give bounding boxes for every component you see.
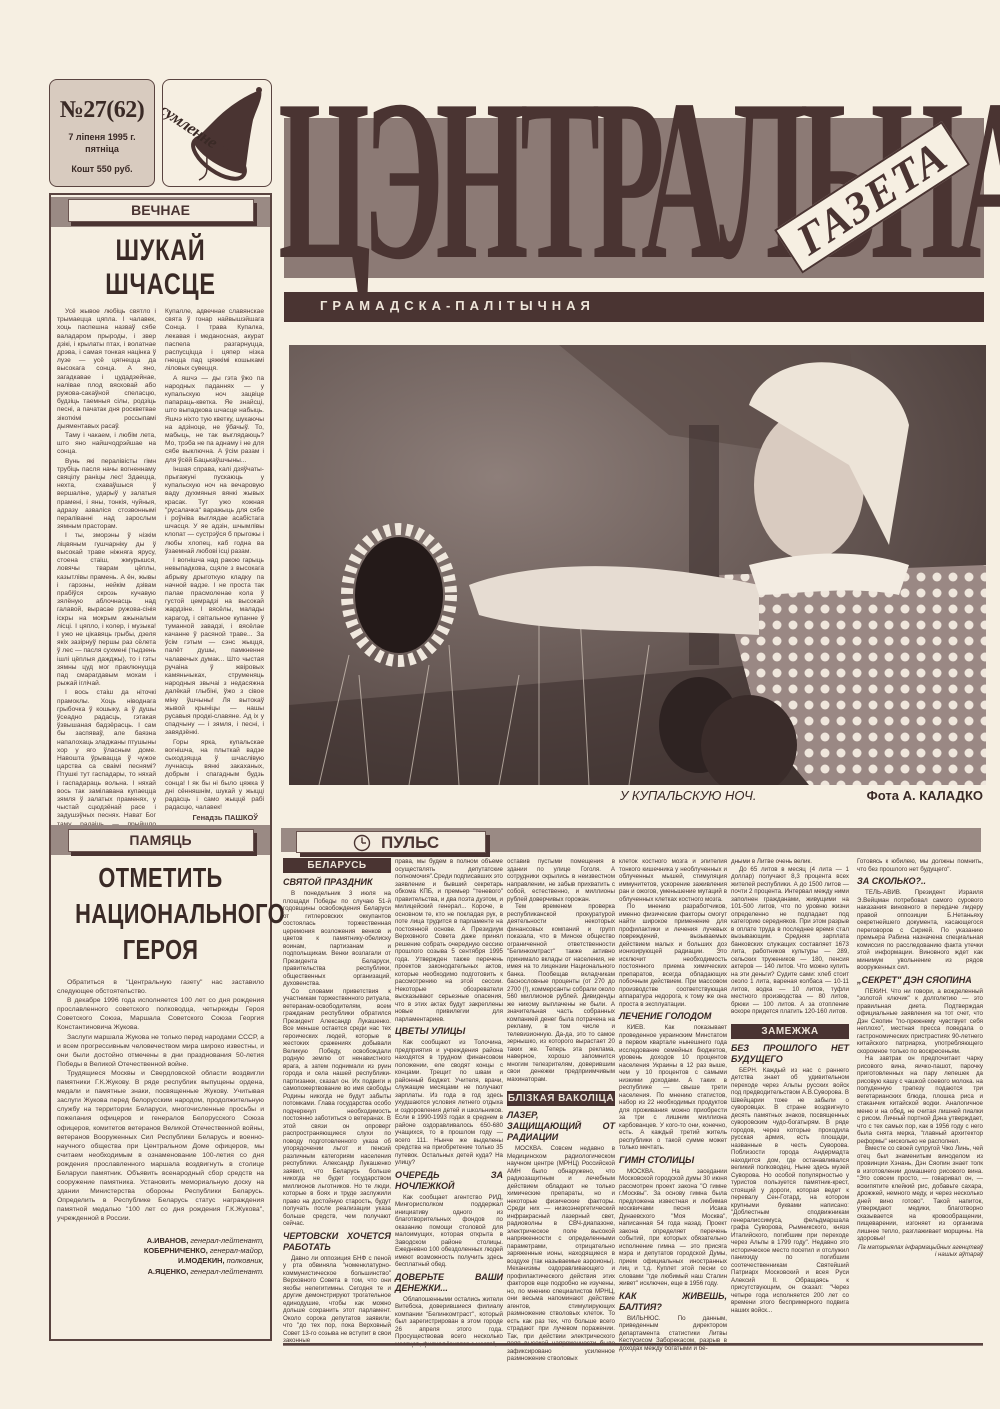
paragraph: Облапошенными остались жители Витебска, …: [395, 1296, 503, 1349]
headline-line: ГЕРОЯ: [75, 932, 246, 968]
main-photo: [289, 345, 986, 785]
paragraph: Как сообщают из Толочина, предприятия и …: [395, 1039, 503, 1167]
article-author: Генадзь ПАШКОЎ: [165, 814, 264, 822]
paragraph: По мнению разработчиков, именно физическ…: [619, 903, 727, 1008]
signers-list: А.ИВАНОВ, генерал-лейтенант, КОБЕРНИЧЕНК…: [51, 1224, 270, 1278]
news-column-3: оставив пустыми помещения в здании по ул…: [507, 858, 615, 1363]
sources-note: Па матэрыялах інфармацыйных агенцтваў і …: [857, 1245, 983, 1260]
paragraph: А яшчэ — ды гэта ўжо па народных падання…: [165, 375, 264, 465]
paragraph: Готовясь к юбилею, мы должны помнить, чт…: [857, 858, 983, 873]
bottom-rule: [283, 1343, 983, 1346]
news-headline: ЧЕРТОВСКИ ХОЧЕТСЯ РАБОТАТЬ: [283, 1231, 391, 1253]
paragraph: Обратиться в "Центральную газету" нас за…: [57, 978, 264, 996]
paragraph: ВИЛЬНЮС. По данным, приведенным директор…: [619, 1315, 727, 1353]
news-headline: „СЕКРЕТ" ДЭН СЯОПИНА: [857, 975, 983, 986]
news-headline: ЛАЗЕР, ЗАЩИЩАЮЩИЙ ОТ РАДИАЦИИ: [507, 1110, 615, 1143]
paragraph: ТЕЛЬ-АВИВ. Президент Израиля Э.Вейцман п…: [857, 889, 983, 972]
paragraph: ПЕКИН. Что ни говори, а вожделенный "зол…: [857, 988, 983, 1056]
paragraph: Трудящиеся Москвы и Свердловской области…: [57, 1069, 264, 1224]
article-headline: ОТМЕТИТЬ НАЦИОНАЛЬНОГО ГЕРОЯ: [75, 860, 246, 968]
news-headline: ГИМН СТОЛИЦЫ: [619, 1155, 727, 1166]
issue-date: 7 ліпеня 1995 г.: [50, 132, 154, 142]
paragraph: Таму і чакаем, і любім лета, што яно най…: [57, 432, 156, 457]
headline-line: НАЦИОНАЛЬНОГО: [75, 896, 246, 932]
news-headline: ЦВЕТЫ УЛИЦЫ: [395, 1026, 503, 1037]
paragraph: МОСКВА. На заседании Московской городско…: [619, 1168, 727, 1288]
signer: А.ИВАНОВ, генерал-лейтенант,: [51, 1236, 264, 1246]
paragraph: МОСКВА. Совсем недавно в Медицинском рад…: [507, 1145, 615, 1363]
news-headline: БЕЗ ПРОШЛОГО НЕТ БУДУЩЕГО: [731, 1043, 849, 1065]
photo-image: [289, 345, 986, 785]
news-column-5: дными в Литве очень велик. До 65 литов в…: [731, 858, 849, 1314]
news-column-6: Готовясь к юбилею, мы должны помнить, чт…: [857, 858, 983, 1260]
masthead-subtitle: ГРАМАДСКА-ПАЛІТЫЧНАЯ: [320, 298, 595, 313]
paragraph: клеток костного мозга и эпителия тонкого…: [619, 858, 727, 903]
signer: КОБЕРНИЧЕНКО, генерал-майор,: [51, 1246, 264, 1256]
clock-icon: [353, 834, 371, 852]
paragraph: БЕРН. Каждый из нас с раннего детства зн…: [731, 1067, 849, 1315]
article-headline: ШУКАЙ ШЧАСЦЕ: [75, 234, 246, 302]
news-headline: СВЯТОЙ ПРАЗДНИК: [283, 877, 391, 888]
issue-info-box: №27(62) 7 ліпеня 1995 г. пятніца Кошт 55…: [49, 79, 155, 187]
paragraph: І ты, зморэны ў нізкім ліцвяным гушчарні…: [57, 532, 156, 688]
paragraph: Заслуги маршала Жукова не только перед н…: [57, 1033, 264, 1069]
paragraph: Со словами приветствия к участникам торж…: [283, 988, 391, 1228]
section-tag-zamezha: ЗАМЕЖЖА: [731, 1024, 849, 1039]
rubric-pamyats: ПАМЯЦЬ: [68, 829, 254, 852]
issue-price: Кошт 550 руб.: [50, 164, 154, 174]
paragraph: права, мы будем в полном объеме осуществ…: [395, 858, 503, 1023]
newspaper-page: №27(62) 7 ліпеня 1995 г. пятніца Кошт 55…: [0, 0, 1000, 1409]
news-column-1: БЕЛАРУСЬ СВЯТОЙ ПРАЗДНИК В понедельник 3…: [283, 858, 391, 1345]
puls-label: ПУЛЬС: [381, 832, 439, 853]
sumlenne-logo: сумленне: [162, 79, 272, 187]
masthead-title: ЦЭНТРАЛЬНАЯ: [278, 58, 650, 302]
paragraph: Вместе со своей супругой Чжо Линь, чей о…: [857, 1145, 983, 1243]
news-column-4: клеток костного мозга и эпителия тонкого…: [619, 858, 727, 1352]
left-column: ВЕЧНАЕ ШУКАЙ ШЧАСЦЕ Усё жывое любіць свя…: [49, 193, 272, 1341]
photo-caption-text: У КУПАЛЬСКУЮ НОЧ.: [620, 788, 756, 803]
rubric-vechnae: ВЕЧНАЕ: [68, 199, 254, 222]
section-tag-blizkaya: БЛІЗКАЯ ВАКОЛІЦА: [507, 1091, 615, 1106]
paragraph: дными в Литве очень велик.: [731, 858, 849, 866]
issue-weekday: пятніца: [50, 144, 154, 154]
paragraph: На завтрак он предпочитает чарку рисовог…: [857, 1055, 983, 1145]
headline-line: ОТМЕТИТЬ: [75, 860, 246, 896]
signer: И.МОДЕКИН, полковник,: [51, 1256, 264, 1266]
paragraph: Вунь які пералівісты гімн трубіць пасля …: [57, 458, 156, 532]
news-headline: ОЧЕРЕДЬ ЗА НОЧЛЕЖКОЙ: [395, 1170, 503, 1192]
signer: А.ЯЦЕНКО, генерал-лейтенант.: [51, 1267, 264, 1277]
section-tag-belarus: БЕЛАРУСЬ: [283, 858, 391, 873]
paragraph: Как сообщает агентство РИД, Мингорисполк…: [395, 1194, 503, 1269]
paragraph: оставив пустыми помещения в здании по ул…: [507, 858, 615, 903]
photo-credit: Фота А. КАЛАДКО: [867, 788, 983, 803]
paragraph: В понедельник 3 июля на площади Победы п…: [283, 890, 391, 988]
paragraph: Іншая справа, калі дзяўчаты-прыгажуні пу…: [165, 466, 264, 556]
news-headline: ЗА СКОЛЬКО?..: [857, 876, 983, 887]
paragraph: В декабре 1996 года исполняется 100 лет …: [57, 996, 264, 1032]
news-column-2: права, мы будем в полном объеме осуществ…: [395, 858, 503, 1348]
paragraph: Тем временем проверка республиканской пр…: [507, 903, 615, 1083]
paragraph: Горы ярка, купальскае вогнішча, на плытк…: [165, 739, 264, 813]
news-headline: КАК ЖИВЕШЬ, БАЛТИЯ?: [619, 1291, 727, 1313]
puls-rubric: ПУЛЬС: [296, 831, 486, 853]
article-body: Обратиться в "Центральную газету" нас за…: [51, 968, 270, 1224]
photo-caption: У КУПАЛЬСКУЮ НОЧ. Фота А. КАЛАДКО: [290, 787, 985, 807]
news-headline: ЛЕЧЕНИЕ ГОЛОДОМ: [619, 1011, 727, 1022]
news-headline: ДОВЕРЬТЕ ВАШИ ДЕНЕЖКИ...: [395, 1272, 503, 1294]
paragraph: Усё жывое любіць святло і трымаецца цяпл…: [57, 308, 156, 431]
article-body: Усё жывое любіць святло і трымаецца цяпл…: [51, 302, 270, 829]
pamyats-section: ПАМЯЦЬ ОТМЕТИТЬ НАЦИОНАЛЬНОГО ГЕРОЯ Обра…: [51, 825, 270, 1277]
paragraph: До 65 литов в месяц (4 лита — 1 доллар) …: [731, 866, 849, 1016]
paragraph: Давно ли оппозиция БНФ с пеной у рта обв…: [283, 1255, 391, 1345]
paragraph: КИЕВ. Как показывает проведенное украинс…: [619, 1024, 727, 1152]
issue-number: №27(62): [50, 97, 154, 124]
paragraph: І вогнішча над ракою гарыць невыпадкова,…: [165, 557, 264, 737]
